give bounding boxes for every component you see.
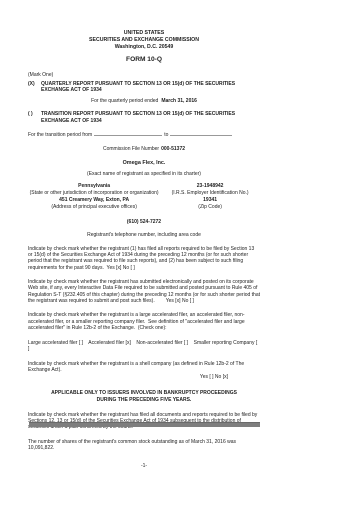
header-washington: Washington, D.C. 20549 — [28, 44, 260, 51]
shares-outstanding-paragraph: The number of shares of the registrant's… — [28, 439, 260, 452]
form-title: FORM 10-Q — [28, 57, 260, 63]
transition-report-text: TRANSITION REPORT PURSUANT TO SECTION 13… — [41, 111, 260, 124]
quarterly-period-date: March 31, 2016 — [161, 98, 197, 104]
commission-file-label: Commission File Number — [103, 146, 159, 152]
bankruptcy-header-line2: DURING THE PRECEDING FIVE YEARS. — [28, 397, 260, 404]
interactive-data-paragraph: Indicate by check mark whether the regis… — [28, 279, 260, 304]
transition-period-from-blank — [94, 131, 162, 136]
transition-report-item: ( ) TRANSITION REPORT PURSUANT TO SECTIO… — [28, 111, 260, 124]
form-10q-page: UNITED STATES SECURITIES AND EXCHANGE CO… — [0, 0, 362, 512]
address-caption: (Address of principal executive offices) — [28, 204, 160, 211]
bankruptcy-header: APPLICABLE ONLY TO ISSUERS INVOLVED IN B… — [28, 390, 260, 404]
registrant-name-caption: (Exact name of registrant as specified i… — [28, 171, 260, 177]
registrant-name: Omega Flex, Inc. — [28, 160, 260, 166]
transition-period-line: For the transition period fromto — [28, 131, 260, 138]
filer-status-checkboxes: Large accelerated filer [ ] Accelerated … — [28, 340, 260, 353]
header-sec-commission: SECURITIES AND EXCHANGE COMMISSION — [28, 37, 260, 44]
zip-caption: (Zip Code) — [160, 204, 260, 211]
state-of-incorporation: Pennsylvania — [28, 183, 160, 190]
shell-company-answer: Yes [ ] No [x] — [28, 374, 260, 380]
registrant-phone-caption: Registrant's telephone number, including… — [28, 232, 260, 238]
sec-header: UNITED STATES SECURITIES AND EXCHANGE CO… — [28, 30, 260, 51]
irs-caption: (I.R.S. Employer Identification No.) — [160, 190, 260, 197]
transition-period-to-label: to — [164, 132, 168, 138]
quarterly-period-line: For the quarterly period endedMarch 31, … — [28, 98, 260, 104]
quarterly-checkbox: (X) — [28, 81, 41, 94]
zip-code: 19341 — [160, 197, 260, 204]
quarterly-report-text: QUARTERLY REPORT PURSUANT TO SECTION 13 … — [41, 81, 260, 94]
state-caption: (State or other jurisdiction of incorpor… — [28, 190, 160, 197]
mark-one-label: (Mark One) — [28, 72, 260, 78]
filed-reports-paragraph: Indicate by check mark whether the regis… — [28, 246, 260, 271]
commission-file-number: 000-51372 — [161, 146, 185, 152]
document-body: UNITED STATES SECURITIES AND EXCHANGE CO… — [28, 30, 260, 469]
registrant-phone: (610) 524-7272 — [28, 219, 260, 225]
bankruptcy-header-line1: APPLICABLE ONLY TO ISSUERS INVOLVED IN B… — [28, 390, 260, 397]
header-united-states: UNITED STATES — [28, 30, 260, 37]
executive-office-address: 451 Creamery Way, Exton, PA — [28, 197, 160, 204]
filer-status-paragraph: Indicate by check mark whether the regis… — [28, 312, 260, 331]
transition-period-to-blank — [170, 131, 232, 136]
page-number: -1- — [28, 463, 260, 469]
shell-company-paragraph: Indicate by check mark whether the regis… — [28, 361, 260, 374]
registrant-details-grid: Pennsylvania 23-1948942 (State or other … — [28, 183, 260, 211]
quarterly-period-label: For the quarterly period ended — [91, 98, 158, 104]
bottom-divider-bar — [29, 422, 260, 427]
commission-file-line: Commission File Number000-51372 — [28, 146, 260, 152]
transition-period-label: For the transition period from — [28, 132, 92, 138]
transition-checkbox: ( ) — [28, 111, 41, 124]
irs-employer-id: 23-1948942 — [160, 183, 260, 190]
quarterly-report-item: (X) QUARTERLY REPORT PURSUANT TO SECTION… — [28, 81, 260, 94]
